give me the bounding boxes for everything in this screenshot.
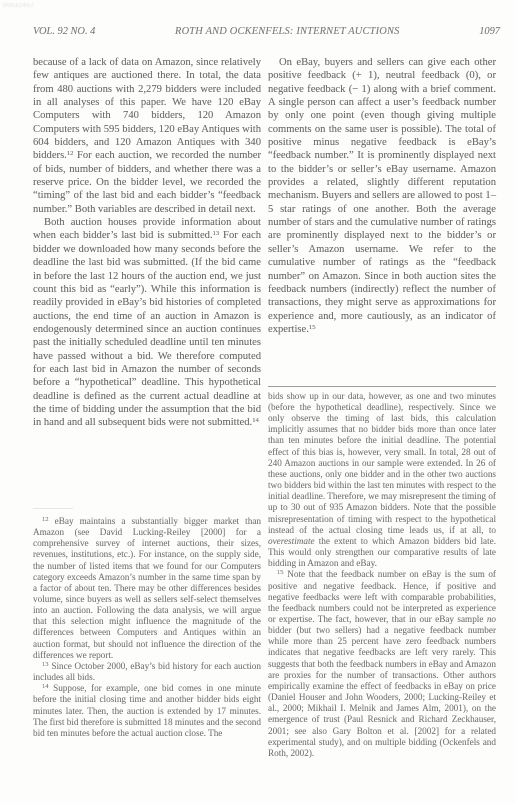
paragraph-text: On eBay, buyers and sellers can give eac… bbox=[268, 57, 496, 335]
footnote-15: 15 Note that the feedback number on eBay… bbox=[268, 569, 496, 759]
paragraph-text: For each bidder we downloaded how many s… bbox=[33, 230, 261, 428]
footnote-marker: 13 bbox=[42, 661, 49, 668]
footnotes-right: bids show up in our data, however, as on… bbox=[268, 386, 496, 759]
scan-artifact: 00032457 bbox=[3, 3, 35, 9]
right-column: On eBay, buyers and sellers can give eac… bbox=[268, 56, 496, 803]
footnotes-left: 12 eBay maintains a substantially bigger… bbox=[33, 508, 261, 739]
body-paragraph: On eBay, buyers and sellers can give eac… bbox=[268, 56, 496, 336]
journal-page: 00032457 VOL. 92 NO. 4 ROTH AND OCKENFEL… bbox=[0, 0, 516, 803]
body-paragraph: Both auction houses provide information … bbox=[33, 216, 261, 430]
footnote-text: Note that the feedback number on eBay is… bbox=[268, 569, 496, 624]
text-columns: because of a lack of data on Amazon, sin… bbox=[33, 56, 501, 803]
footnote-separator bbox=[33, 508, 73, 509]
footnote-text-italic: overestimate bbox=[268, 536, 315, 546]
footnote-separator bbox=[268, 386, 496, 387]
footnote-ref-13: 13 bbox=[213, 230, 220, 237]
footnote-14-continuation: bids show up in our data, however, as on… bbox=[268, 391, 496, 570]
footnote-text: Since October 2000, eBay’s bid history f… bbox=[33, 661, 261, 682]
footnote-text: bidder (but two sellers) had a negative … bbox=[268, 625, 496, 758]
footnote-ref-15: 15 bbox=[309, 324, 316, 331]
footnote-marker: 15 bbox=[277, 569, 284, 576]
footnote-ref-12: 12 bbox=[67, 150, 74, 157]
footnote-12: 12 eBay maintains a substantially bigger… bbox=[33, 516, 261, 661]
running-title: ROTH AND OCKENFELS: INTERNET AUCTIONS bbox=[95, 26, 479, 37]
body-paragraph: because of a lack of data on Amazon, sin… bbox=[33, 56, 261, 216]
footnote-text: Suppose, for example, one bid comes in o… bbox=[33, 683, 261, 738]
page-header: VOL. 92 NO. 4 ROTH AND OCKENFELS: INTERN… bbox=[33, 26, 500, 37]
footnote-text: eBay maintains a substantially bigger ma… bbox=[33, 516, 261, 660]
footnote-marker: 12 bbox=[42, 516, 49, 523]
footnote-14: 14 Suppose, for example, one bid comes i… bbox=[33, 683, 261, 739]
footnote-text-italic: no bbox=[487, 614, 496, 624]
footnote-13: 13 Since October 2000, eBay’s bid histor… bbox=[33, 661, 261, 683]
left-column: because of a lack of data on Amazon, sin… bbox=[33, 56, 261, 803]
footnote-ref-14: 14 bbox=[252, 417, 259, 424]
paragraph-text: For each auction, we recorded the number… bbox=[33, 150, 261, 214]
volume-issue-label: VOL. 92 NO. 4 bbox=[33, 26, 95, 37]
paragraph-text: because of a lack of data on Amazon, sin… bbox=[33, 57, 261, 161]
footnote-marker: 14 bbox=[42, 683, 49, 690]
footnote-text: bids show up in our data, however, as on… bbox=[268, 391, 496, 535]
page-number: 1097 bbox=[479, 26, 500, 37]
